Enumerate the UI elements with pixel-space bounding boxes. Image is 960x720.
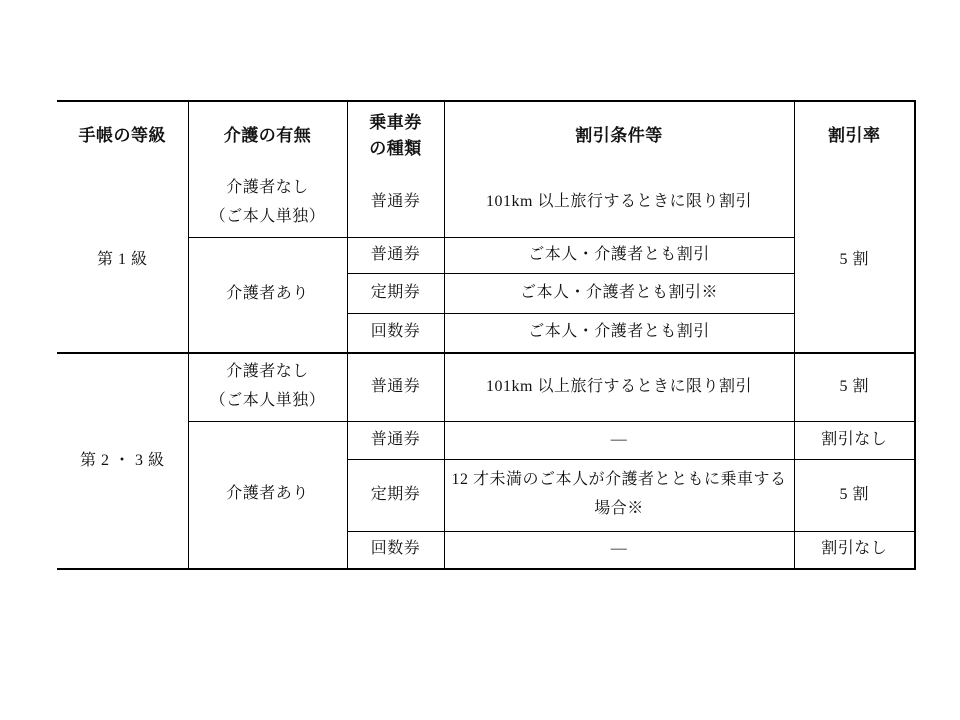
s1-row3-ticket-cell: 回数券 (347, 313, 444, 353)
s1-row0-ticket-cell: 普通券 (347, 169, 444, 237)
s2-row0-rate-cell: 5 割 (794, 353, 915, 421)
s1-row0-condition-cell: 101km 以上旅行するときに限り割引 (444, 169, 794, 237)
s1-grade-cell: 第 1 級 (57, 169, 188, 353)
discount-table: 手帳の等級 介護の有無 乗車券 の種類 割引条件等 割引率 第 1 級 介護者な… (57, 100, 916, 570)
s1-row2-ticket-cell: 定期券 (347, 273, 444, 313)
s1-row3-condition-cell: ご本人・介護者とも割引 (444, 313, 794, 353)
s2-row2-rate-cell: 5 割 (794, 459, 915, 531)
s1-row2-condition-cell: ご本人・介護者とも割引※ (444, 273, 794, 313)
s2-row3-ticket-cell: 回数券 (347, 531, 444, 569)
s2-row3-condition-cell: ― (444, 531, 794, 569)
s1-care-none-cell: 介護者なし （ご本人単独） (188, 169, 347, 237)
s1-row1-ticket-cell: 普通券 (347, 237, 444, 273)
s1-row1-condition-cell: ご本人・介護者とも割引 (444, 237, 794, 273)
s2-grade-cell: 第 2 ・ 3 級 (57, 353, 188, 569)
s2-row3-rate-cell: 割引なし (794, 531, 915, 569)
col-header-care: 介護の有無 (188, 101, 347, 169)
s2-row1-rate-cell: 割引なし (794, 421, 915, 459)
s2-care-yes-cell: 介護者あり (188, 421, 347, 569)
slide-page: 手帳の等級 介護の有無 乗車券 の種類 割引条件等 割引率 第 1 級 介護者な… (0, 0, 960, 720)
col-header-condition: 割引条件等 (444, 101, 794, 169)
s2-row0-ticket-cell: 普通券 (347, 353, 444, 421)
s2-care-none-cell: 介護者なし （ご本人単独） (188, 353, 347, 421)
s1-care-yes-cell: 介護者あり (188, 237, 347, 353)
col-header-ticket: 乗車券 の種類 (347, 101, 444, 169)
s1-rate-cell: 5 割 (794, 169, 915, 353)
col-header-grade: 手帳の等級 (57, 101, 188, 169)
s2-row0-condition-cell: 101km 以上旅行するときに限り割引 (444, 353, 794, 421)
s2-row1-ticket-cell: 普通券 (347, 421, 444, 459)
s2-row2-condition-cell: 12 才未満のご本人が介護者とともに乗車する場合※ (444, 459, 794, 531)
s2-row2-ticket-cell: 定期券 (347, 459, 444, 531)
col-header-rate: 割引率 (794, 101, 915, 169)
s2-row1-condition-cell: ― (444, 421, 794, 459)
